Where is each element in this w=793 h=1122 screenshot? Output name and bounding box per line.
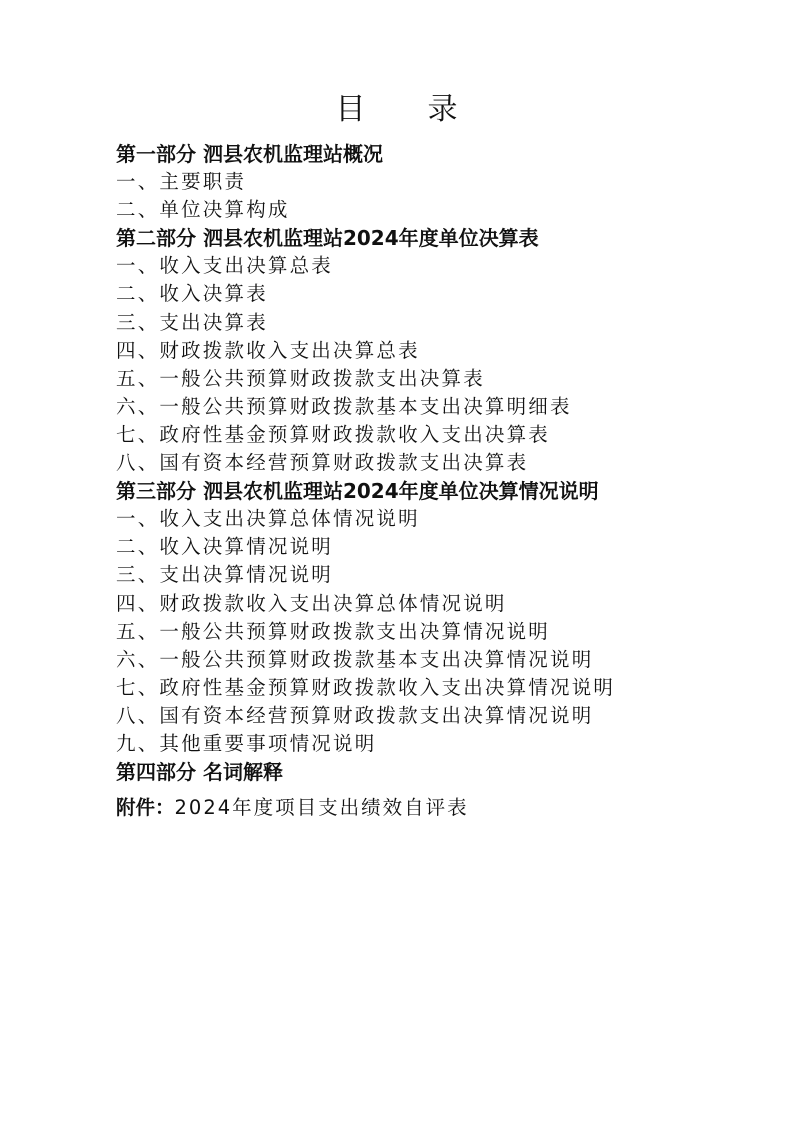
toc-item[interactable]: 四、财政拨款收入支出决算总体情况说明 xyxy=(116,590,615,618)
toc-item[interactable]: 七、政府性基金预算财政拨款收入支出决算表 xyxy=(116,421,615,449)
toc-item[interactable]: 三、支出决算表 xyxy=(116,309,615,337)
toc-attachment[interactable]: 附件：2024年度项目支出绩效自评表 xyxy=(116,794,615,822)
toc-item[interactable]: 四、财政拨款收入支出决算总表 xyxy=(116,337,615,365)
toc-part-3-heading[interactable]: 第三部分 泗县农机监理站2024年度单位决算情况说明 xyxy=(116,477,615,505)
toc-item[interactable]: 一、主要职责 xyxy=(116,168,615,196)
attachment-label: 附件： xyxy=(116,796,175,819)
toc-item[interactable]: 一、收入支出决算总体情况说明 xyxy=(116,505,615,533)
title-char-2: 录 xyxy=(428,84,458,128)
toc-item[interactable]: 九、其他重要事项情况说明 xyxy=(116,730,615,758)
attachment-title: 2024年度项目支出绩效自评表 xyxy=(175,796,469,819)
toc-item[interactable]: 二、收入决算情况说明 xyxy=(116,533,615,561)
toc-item[interactable]: 六、一般公共预算财政拨款基本支出决算明细表 xyxy=(116,393,615,421)
toc-item[interactable]: 八、国有资本经营预算财政拨款支出决算情况说明 xyxy=(116,702,615,730)
toc-item[interactable]: 一、收入支出决算总表 xyxy=(116,252,615,280)
toc-item[interactable]: 八、国有资本经营预算财政拨款支出决算表 xyxy=(116,449,615,477)
toc-part-1-heading[interactable]: 第一部分 泗县农机监理站概况 xyxy=(116,140,615,168)
page-title: 目录 xyxy=(0,84,793,128)
toc-part-2-heading[interactable]: 第二部分 泗县农机监理站2024年度单位决算表 xyxy=(116,224,615,252)
toc-item[interactable]: 二、单位决算构成 xyxy=(116,196,615,224)
table-of-contents: 第一部分 泗县农机监理站概况 一、主要职责 二、单位决算构成 第二部分 泗县农机… xyxy=(116,140,615,822)
toc-item[interactable]: 二、收入决算表 xyxy=(116,280,615,308)
toc-item[interactable]: 六、一般公共预算财政拨款基本支出决算情况说明 xyxy=(116,646,615,674)
toc-item[interactable]: 五、一般公共预算财政拨款支出决算表 xyxy=(116,365,615,393)
title-char-1: 目 xyxy=(336,84,366,128)
toc-part-4-heading[interactable]: 第四部分 名词解释 xyxy=(116,758,615,786)
toc-item[interactable]: 五、一般公共预算财政拨款支出决算情况说明 xyxy=(116,618,615,646)
toc-item[interactable]: 三、支出决算情况说明 xyxy=(116,561,615,589)
toc-item[interactable]: 七、政府性基金预算财政拨款收入支出决算情况说明 xyxy=(116,674,615,702)
